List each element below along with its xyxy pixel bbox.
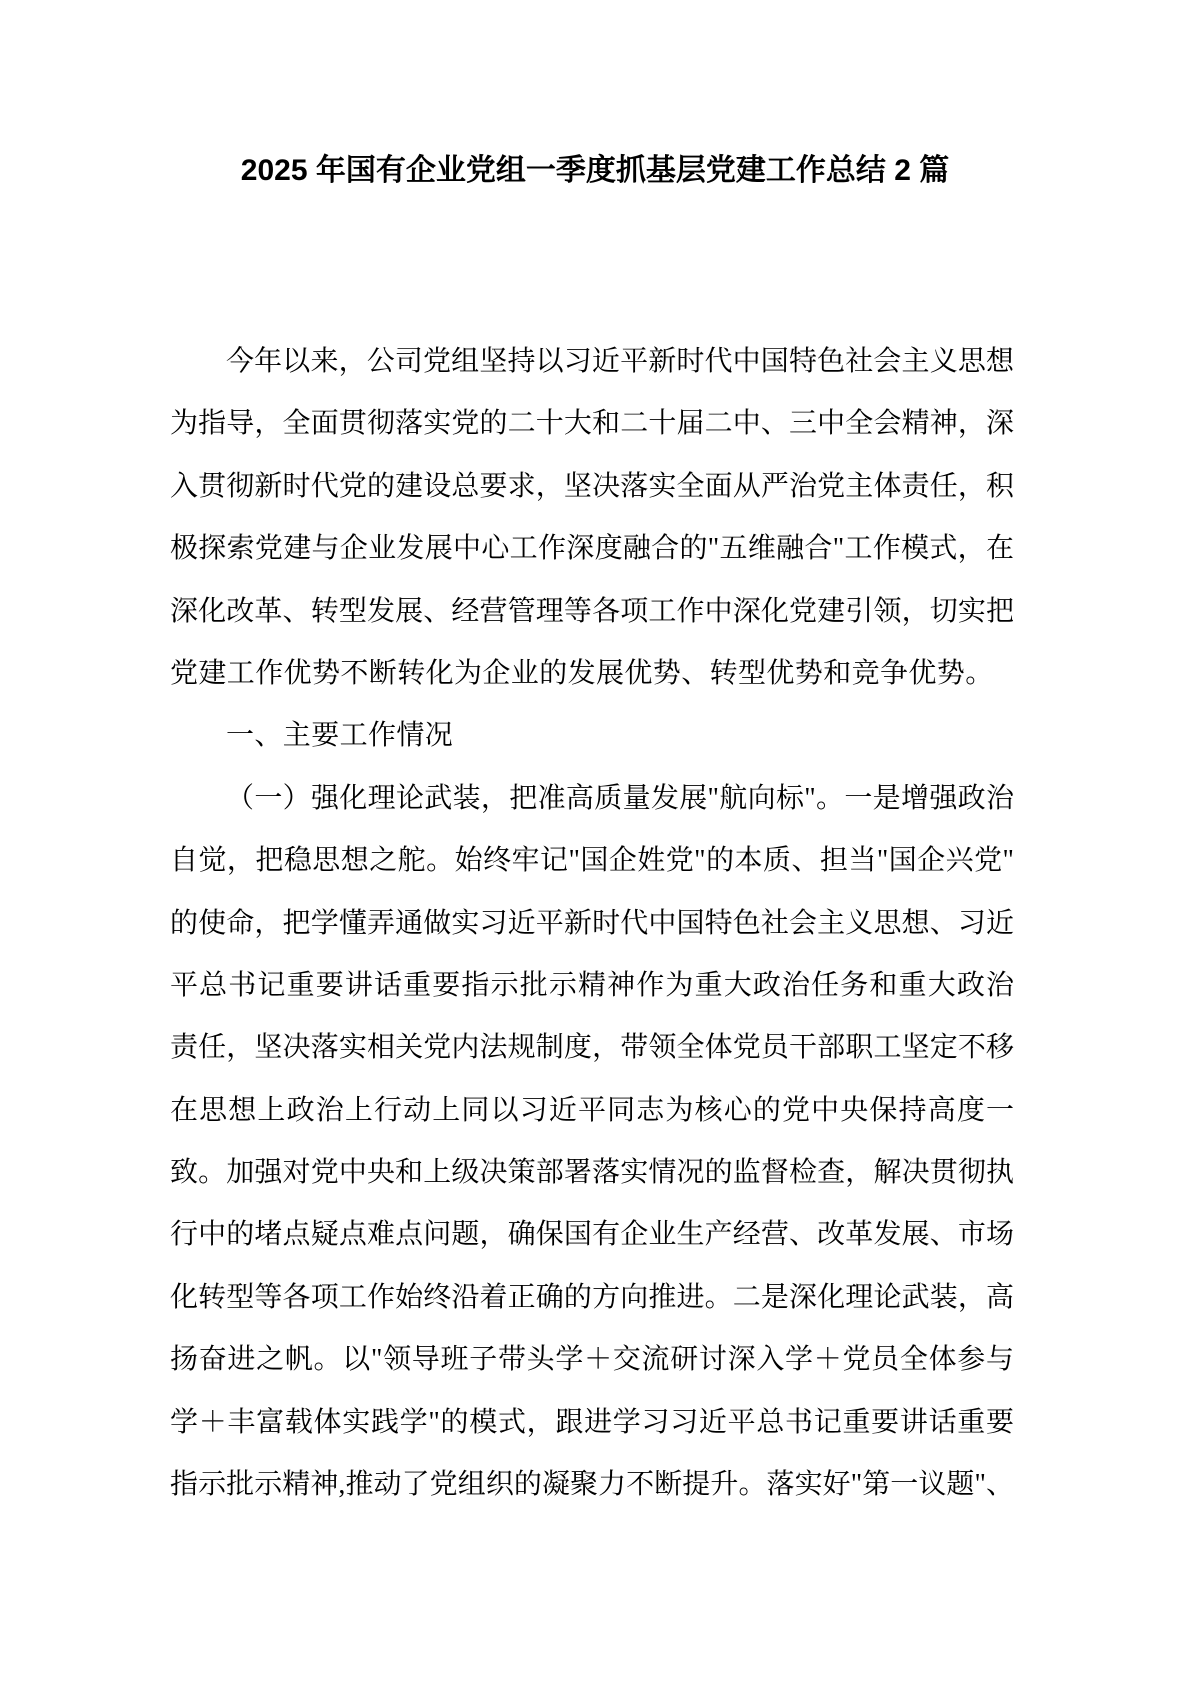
section-heading: 一、主要工作情况	[170, 705, 1014, 767]
document-page: 2025 年国有企业党组一季度抓基层党建工作总结 2 篇 今年以来，公司党组坚持…	[0, 0, 1190, 1683]
text-line: 平总书记重要讲话重要指示批示精神作为重大政治任务和重大政治	[170, 955, 1014, 1017]
text-line: 指示批示精神,推动了党组织的凝聚力不断提升。落实好"第一议题"、	[170, 1454, 1014, 1516]
paragraph-intro: 今年以来，公司党组坚持以习近平新时代中国特色社会主义思想 为指导，全面贯彻落实党…	[170, 331, 1014, 705]
text-line: 自觉，把稳思想之舵。始终牢记"国企姓党"的本质、担当"国企兴党"	[170, 830, 1014, 892]
text-line: 化转型等各项工作始终沿着正确的方向推进。二是深化理论武装，高	[170, 1267, 1014, 1329]
text-line: （一）强化理论武装，把准高质量发展"航向标"。一是增强政治	[170, 768, 1014, 830]
text-line: 学＋丰富载体实践学"的模式，跟进学习习近平总书记重要讲话重要	[170, 1392, 1014, 1454]
text-line: 在思想上政治上行动上同以习近平同志为核心的党中央保持高度一	[170, 1080, 1014, 1142]
text-line: 入贯彻新时代党的建设总要求，坚决落实全面从严治党主体责任，积	[170, 456, 1014, 518]
text-line: 党建工作优势不断转化为企业的发展优势、转型优势和竞争优势。	[170, 643, 1014, 705]
document-body: 今年以来，公司党组坚持以习近平新时代中国特色社会主义思想 为指导，全面贯彻落实党…	[170, 331, 1014, 1516]
text-line: 责任，坚决落实相关党内法规制度，带领全体党员干部职工坚定不移	[170, 1017, 1014, 1079]
text-line: 的使命，把学懂弄通做实习近平新时代中国特色社会主义思想、习近	[170, 893, 1014, 955]
heading-line: 一、主要工作情况	[170, 705, 1014, 767]
text-line: 致。加强对党中央和上级决策部署落实情况的监督检查，解决贯彻执	[170, 1142, 1014, 1204]
paragraph-section-1: （一）强化理论武装，把准高质量发展"航向标"。一是增强政治 自觉，把稳思想之舵。…	[170, 768, 1014, 1517]
text-line: 今年以来，公司党组坚持以习近平新时代中国特色社会主义思想	[170, 331, 1014, 393]
text-line: 行中的堵点疑点难点问题，确保国有企业生产经营、改革发展、市场	[170, 1204, 1014, 1266]
text-line: 为指导，全面贯彻落实党的二十大和二十届二中、三中全会精神，深	[170, 393, 1014, 455]
text-line: 极探索党建与企业发展中心工作深度融合的"五维融合"工作模式，在	[170, 518, 1014, 580]
document-title: 2025 年国有企业党组一季度抓基层党建工作总结 2 篇	[0, 150, 1190, 192]
text-line: 扬奋进之帆。以"领导班子带头学＋交流研讨深入学＋党员全体参与	[170, 1329, 1014, 1391]
text-line: 深化改革、转型发展、经营管理等各项工作中深化党建引领，切实把	[170, 581, 1014, 643]
